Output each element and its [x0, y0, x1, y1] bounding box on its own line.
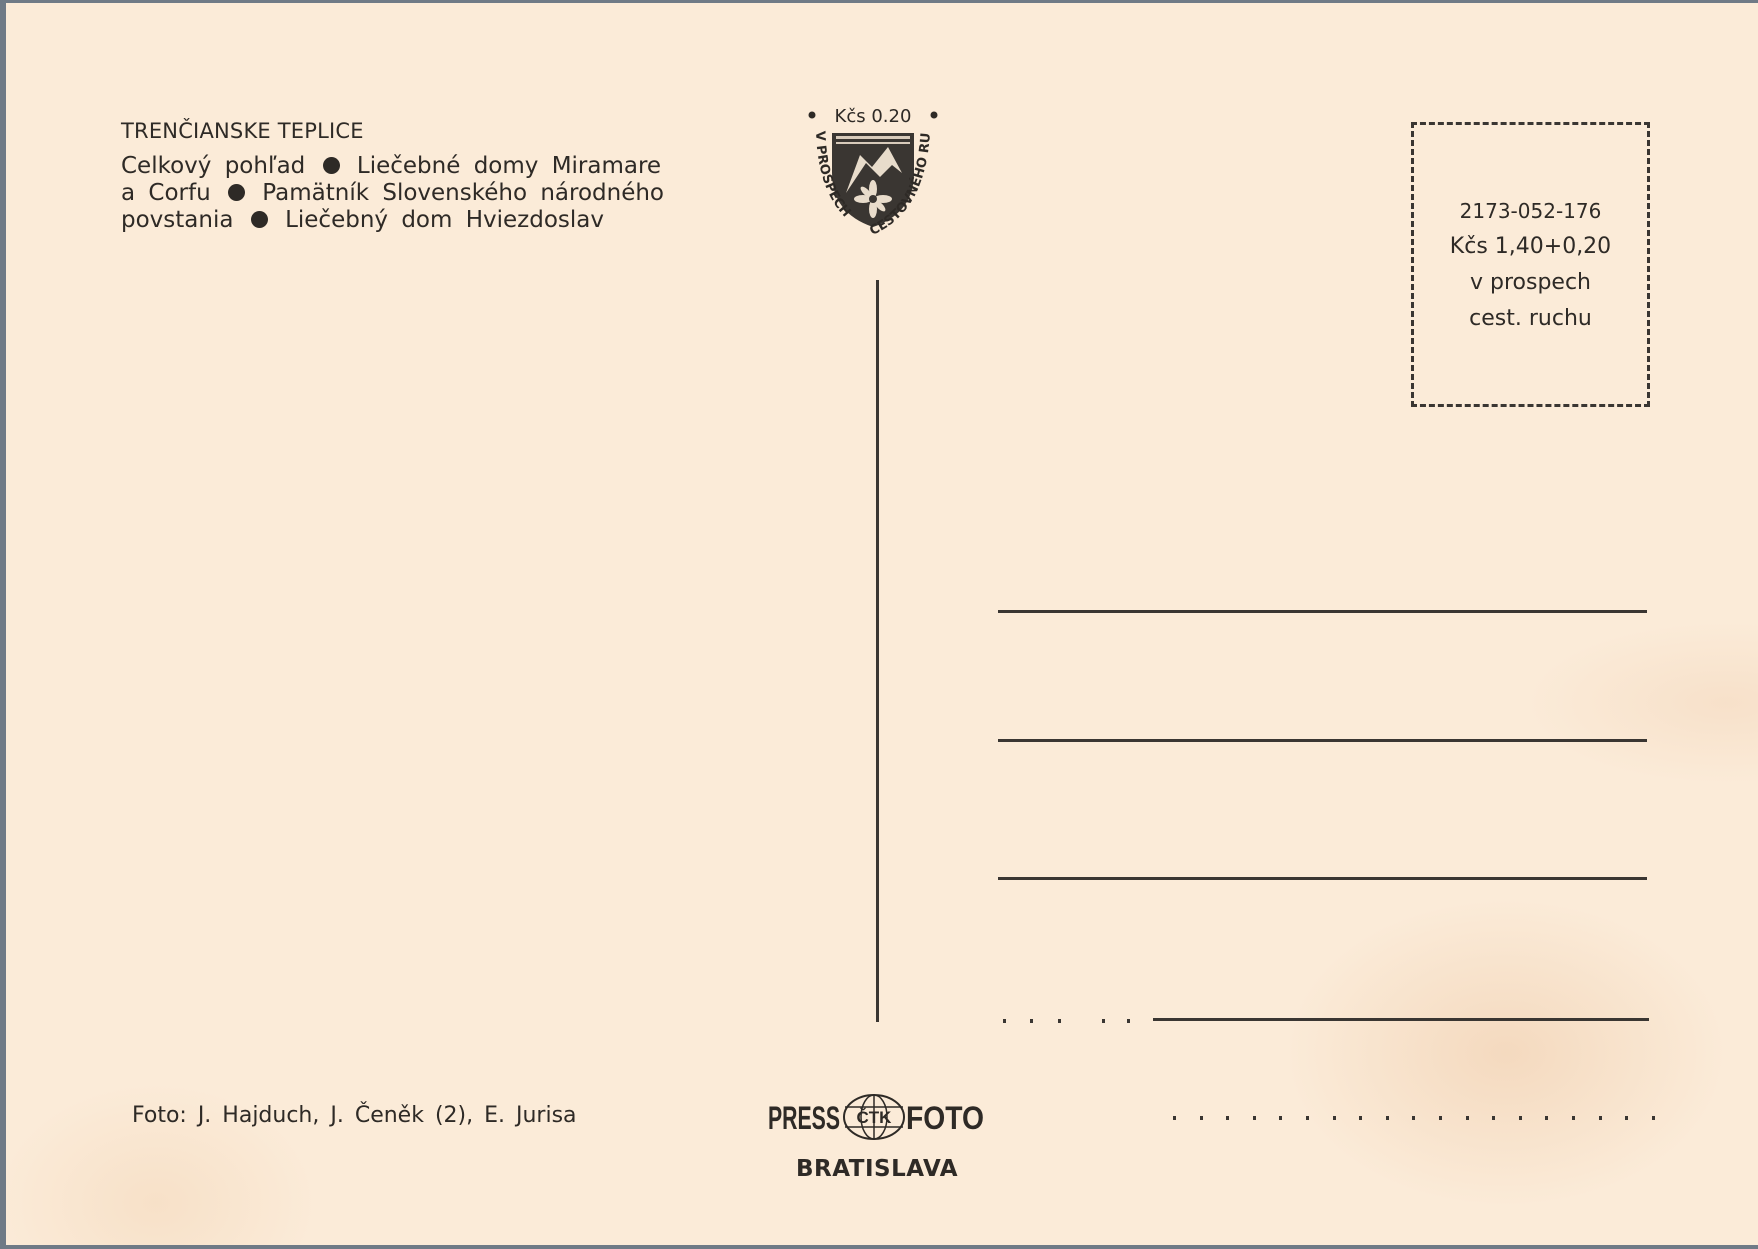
- stamp-note-line1: v prospech: [1414, 265, 1647, 301]
- bullet-icon: [228, 184, 245, 201]
- stamp-code: 2173-052-176: [1414, 193, 1647, 229]
- svg-text:PRESS: PRESS: [768, 1100, 840, 1136]
- description-item: Pamätník Slovenského národného: [262, 180, 664, 206]
- bullet-icon: [323, 157, 340, 174]
- postcard-title: TRENČIANSKE TEPLICE: [121, 119, 364, 143]
- description-item: povstania: [121, 207, 233, 233]
- description-item: Celkový pohľad: [121, 153, 305, 179]
- press-ctk-foto-logo-icon: PRESS ČTK FOTO: [768, 1091, 986, 1141]
- address-line-2: [998, 739, 1647, 742]
- stamp-box-text: 2173-052-176 Kčs 1,40+0,20 v prospech ce…: [1414, 193, 1647, 337]
- svg-text:ČTK: ČTK: [857, 1108, 893, 1127]
- bullet-icon: [251, 211, 268, 228]
- address-line-3: [998, 877, 1647, 880]
- mountain-edelweiss-shield-icon: Kčs 0.20 V PROSPECH CESTOVNÉHO RUCHU: [802, 103, 944, 243]
- svg-text:FOTO: FOTO: [906, 1100, 984, 1136]
- publisher-city: BRATISLAVA: [796, 1156, 958, 1182]
- stamp-placeholder-box: 2173-052-176 Kčs 1,40+0,20 v prospech ce…: [1411, 122, 1650, 407]
- description-item: a Corfu: [121, 180, 211, 206]
- photo-credit: Foto: J. Hajduch, J. Čeněk (2), E. Juris…: [132, 1103, 577, 1128]
- description-item: Liečebné domy Miramare: [357, 153, 661, 179]
- vertical-divider: [876, 280, 879, 1022]
- postcard-back: TRENČIANSKE TEPLICE Celkový pohľad Lieče…: [6, 3, 1758, 1245]
- stamp-price: Kčs 1,40+0,20: [1414, 229, 1647, 265]
- address-line-4: [1153, 1018, 1649, 1021]
- description-item: Liečebný dom Hviezdoslav: [285, 207, 604, 233]
- stamp-note-line2: cest. ruchu: [1414, 301, 1647, 337]
- photo-description: Celkový pohľad Liečebné domy Miramare a …: [121, 153, 766, 234]
- address-line-1: [998, 610, 1647, 613]
- emblem-price: Kčs 0.20: [835, 106, 912, 127]
